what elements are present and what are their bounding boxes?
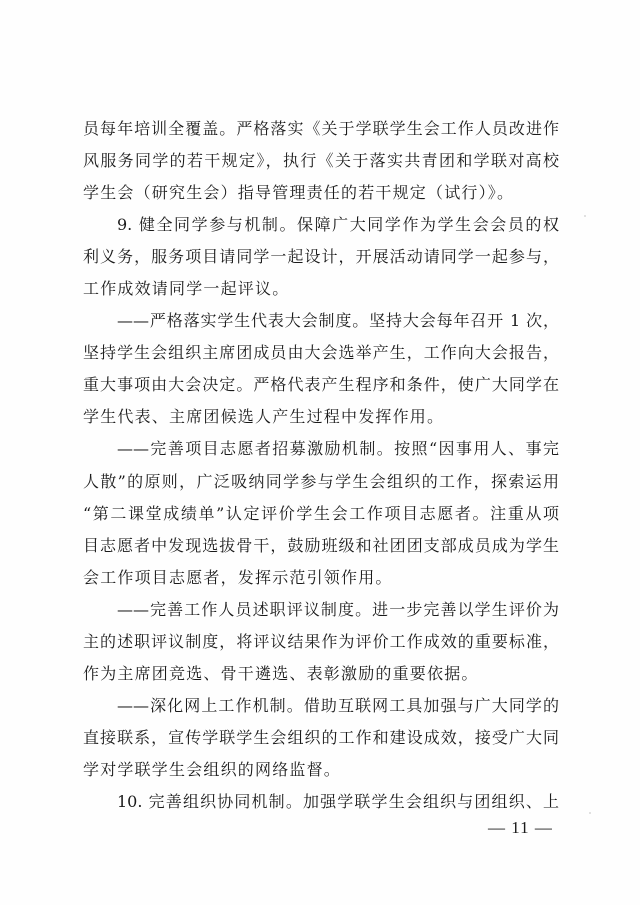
scan-speck xyxy=(589,812,591,814)
text-line: 利义务，服务项目请同学一起设计，开展活动请同学一起参与， xyxy=(83,241,559,273)
text-line: 学生会（研究生会）指导管理责任的若干规定（试行）》。 xyxy=(83,177,559,209)
page-number: — 11 — xyxy=(488,818,553,838)
text-line: 员每年培训全覆盖。严格落实《关于学联学生会工作人员改进作 xyxy=(83,113,559,145)
text-line: 作为主席团竞选、骨干遴选、表彰激励的重要依据。 xyxy=(83,658,559,690)
text-line: “第二课堂成绩单”认定评价学生会工作项目志愿者。注重从项 xyxy=(83,498,559,530)
sub-item-line: ——深化网上工作机制。借助互联网工具加强与广大同学的 xyxy=(83,690,559,722)
document-page: 员每年培训全覆盖。严格落实《关于学联学生会工作人员改进作 风服务同学的若干规定》… xyxy=(0,0,640,905)
text-line: 会工作项目志愿者，发挥示范引领作用。 xyxy=(83,562,559,594)
sub-item-line: ——完善工作人员述职评议制度。进一步完善以学生评价为 xyxy=(83,594,559,626)
sub-item-line: ——严格落实学生代表大会制度。坚持大会每年召开 1 次， xyxy=(83,305,559,337)
text-line: 风服务同学的若干规定》，执行《关于落实共青团和学联对高校 xyxy=(83,145,559,177)
text-line: 坚持学生会组织主席团成员由大会选举产生，工作向大会报告， xyxy=(83,337,559,369)
text-line: 目志愿者中发现选拔骨干，鼓励班级和社团团支部成员成为学生 xyxy=(83,530,559,562)
body-text: 员每年培训全覆盖。严格落实《关于学联学生会工作人员改进作 风服务同学的若干规定》… xyxy=(83,113,559,818)
text-line: 人散”的原则，广泛吸纳同学参与学生会组织的工作，探索运用 xyxy=(83,466,559,498)
text-line: 学对学联学生会组织的网络监督。 xyxy=(83,754,559,786)
text-line: 学生代表、主席团候选人产生过程中发挥作用。 xyxy=(83,401,559,433)
text-line: 主的述职评议制度，将评议结果作为评价工作成效的重要标准， xyxy=(83,626,559,658)
text-line: 工作成效请同学一起评议。 xyxy=(83,273,559,305)
section-heading-line: 10. 完善组织协同机制。加强学联学生会组织与团组织、上 xyxy=(83,786,559,818)
scan-speck xyxy=(584,215,586,217)
text-line: 直接联系，宣传学联学生会组织的工作和建设成效，接受广大同 xyxy=(83,722,559,754)
sub-item-line: ——完善项目志愿者招募激励机制。按照“因事用人、事完 xyxy=(83,433,559,465)
section-heading-line: 9. 健全同学参与机制。保障广大同学作为学生会会员的权 xyxy=(83,209,559,241)
text-line: 重大事项由大会决定。严格代表产生程序和条件，使广大同学在 xyxy=(83,369,559,401)
